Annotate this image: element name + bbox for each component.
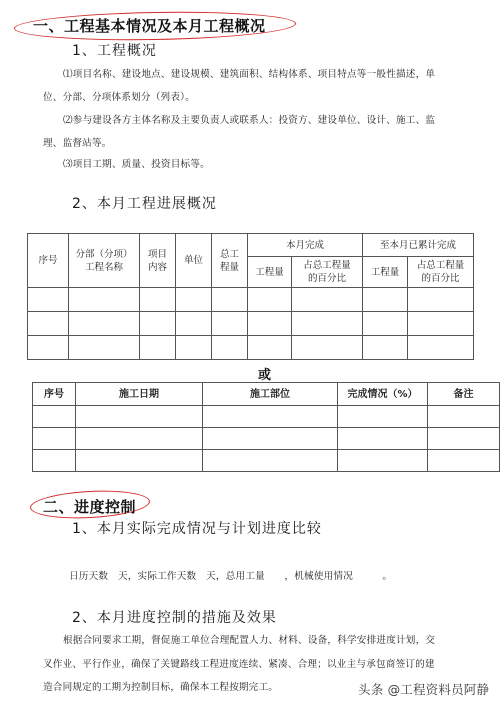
table-cell bbox=[248, 336, 292, 360]
subsection-1-2-title: 2、本月工程进展概况 bbox=[72, 193, 217, 213]
table-cell bbox=[338, 428, 428, 450]
work-statistics-line: 日历天数 天，实际工作天数 天，总用工量 ，机械使用情况 。 bbox=[69, 568, 392, 582]
table-cell bbox=[428, 450, 500, 472]
header-remarks: 备注 bbox=[428, 383, 500, 406]
header-cum-qty: 工程量 bbox=[363, 257, 408, 288]
paragraph-2-line2: 理、监督站等。 bbox=[43, 135, 112, 149]
table-cell bbox=[28, 312, 69, 336]
header-unit: 单位 bbox=[176, 234, 212, 288]
watermark: 头条 @工程资料员阿静 bbox=[358, 680, 489, 698]
paragraph-2-line1: ⑵参与建设各方主体名称及主要负责人或联系人：投资方、建设单位、设计、施工、监 bbox=[63, 112, 435, 126]
table-cell bbox=[140, 336, 176, 360]
header-seq: 序号 bbox=[28, 234, 69, 288]
measures-line2: 叉作业、平行作业，确保了关键路线工程进度连续、紧凑、合理；以业主与承包商签订的建 bbox=[43, 656, 435, 670]
header-cumulative-done: 至本月已累计完成 bbox=[363, 234, 474, 257]
table-cell bbox=[33, 406, 76, 428]
paragraph-1-line1: ⑴项目名称、建设地点、建设规模、建筑面积、结构体系、项目特点等一般性描述，单 bbox=[63, 66, 435, 80]
table-cell bbox=[408, 336, 474, 360]
table-cell bbox=[76, 406, 203, 428]
construction-log-table: 序号 施工日期 施工部位 完成情况（%） 备注 bbox=[32, 382, 500, 472]
table-cell bbox=[176, 288, 212, 312]
table-cell bbox=[176, 336, 212, 360]
section-2-title: 二、进度控制 bbox=[43, 496, 136, 517]
table-row bbox=[33, 450, 500, 472]
table-cell bbox=[212, 288, 248, 312]
table-cell bbox=[428, 428, 500, 450]
or-label: 或 bbox=[258, 364, 271, 383]
measures-line1: 根据合同要求工期，督促施工单位合理配置人力、材料、设备，科学安排进度计划，交 bbox=[63, 632, 435, 646]
table-cell bbox=[140, 288, 176, 312]
paragraph-1-line2: 位、分部、分项体系划分（列表）。 bbox=[43, 89, 195, 103]
table-cell bbox=[69, 336, 140, 360]
table-cell bbox=[212, 312, 248, 336]
table-cell bbox=[76, 450, 203, 472]
table-cell bbox=[408, 288, 474, 312]
table-cell bbox=[33, 428, 76, 450]
table-cell bbox=[428, 406, 500, 428]
table-cell bbox=[363, 336, 408, 360]
progress-table: 序号 分部（分项）工程名称 项目内容 单位 总工程量 本月完成 至本月已累计完成… bbox=[27, 233, 474, 360]
header-date: 施工日期 bbox=[76, 383, 203, 406]
header-month-done: 本月完成 bbox=[248, 234, 363, 257]
table-cell bbox=[203, 450, 338, 472]
table-cell bbox=[140, 312, 176, 336]
header-seq: 序号 bbox=[33, 383, 76, 406]
header-month-pct: 占总工程量的百分比 bbox=[292, 257, 363, 288]
table-cell bbox=[292, 336, 363, 360]
table-row bbox=[33, 406, 500, 428]
table-cell bbox=[28, 336, 69, 360]
table-cell bbox=[363, 288, 408, 312]
table-cell bbox=[176, 312, 212, 336]
header-name: 分部（分项）工程名称 bbox=[69, 234, 140, 288]
table-cell bbox=[292, 312, 363, 336]
table-row bbox=[28, 288, 474, 312]
table-cell bbox=[69, 288, 140, 312]
header-content: 项目内容 bbox=[140, 234, 176, 288]
table-cell bbox=[69, 312, 140, 336]
table-header-row: 序号 施工日期 施工部位 完成情况（%） 备注 bbox=[33, 383, 500, 406]
table-cell bbox=[363, 312, 408, 336]
table-cell bbox=[338, 450, 428, 472]
table-cell bbox=[203, 406, 338, 428]
subsection-2-2-title: 2、本月进度控制的措施及效果 bbox=[72, 607, 277, 627]
header-cum-pct: 占总工程量的百分比 bbox=[408, 257, 474, 288]
subsection-1-1-title: 1、工程概况 bbox=[72, 40, 157, 60]
paragraph-3-line1: ⑶项目工期、质量、投资目标等。 bbox=[63, 156, 210, 170]
subsection-2-1-title: 1、本月实际完成情况与计划进度比较 bbox=[72, 518, 322, 538]
table-row bbox=[28, 336, 474, 360]
table-cell bbox=[248, 312, 292, 336]
header-total: 总工程量 bbox=[212, 234, 248, 288]
header-location: 施工部位 bbox=[203, 383, 338, 406]
table-cell bbox=[292, 288, 363, 312]
table-cell bbox=[203, 428, 338, 450]
header-completion: 完成情况（%） bbox=[338, 383, 428, 406]
table-cell bbox=[408, 312, 474, 336]
table-cell bbox=[212, 336, 248, 360]
table-row bbox=[33, 428, 500, 450]
table-cell bbox=[33, 450, 76, 472]
table-cell bbox=[76, 428, 203, 450]
measures-line3: 造合同规定的工期为控制目标，确保本工程按期完工。 bbox=[43, 679, 278, 693]
section-1-title: 一、工程基本情况及本月工程概况 bbox=[33, 15, 266, 36]
header-month-qty: 工程量 bbox=[248, 257, 292, 288]
table-cell bbox=[28, 288, 69, 312]
table-cell bbox=[338, 406, 428, 428]
table-row bbox=[28, 312, 474, 336]
table-cell bbox=[248, 288, 292, 312]
